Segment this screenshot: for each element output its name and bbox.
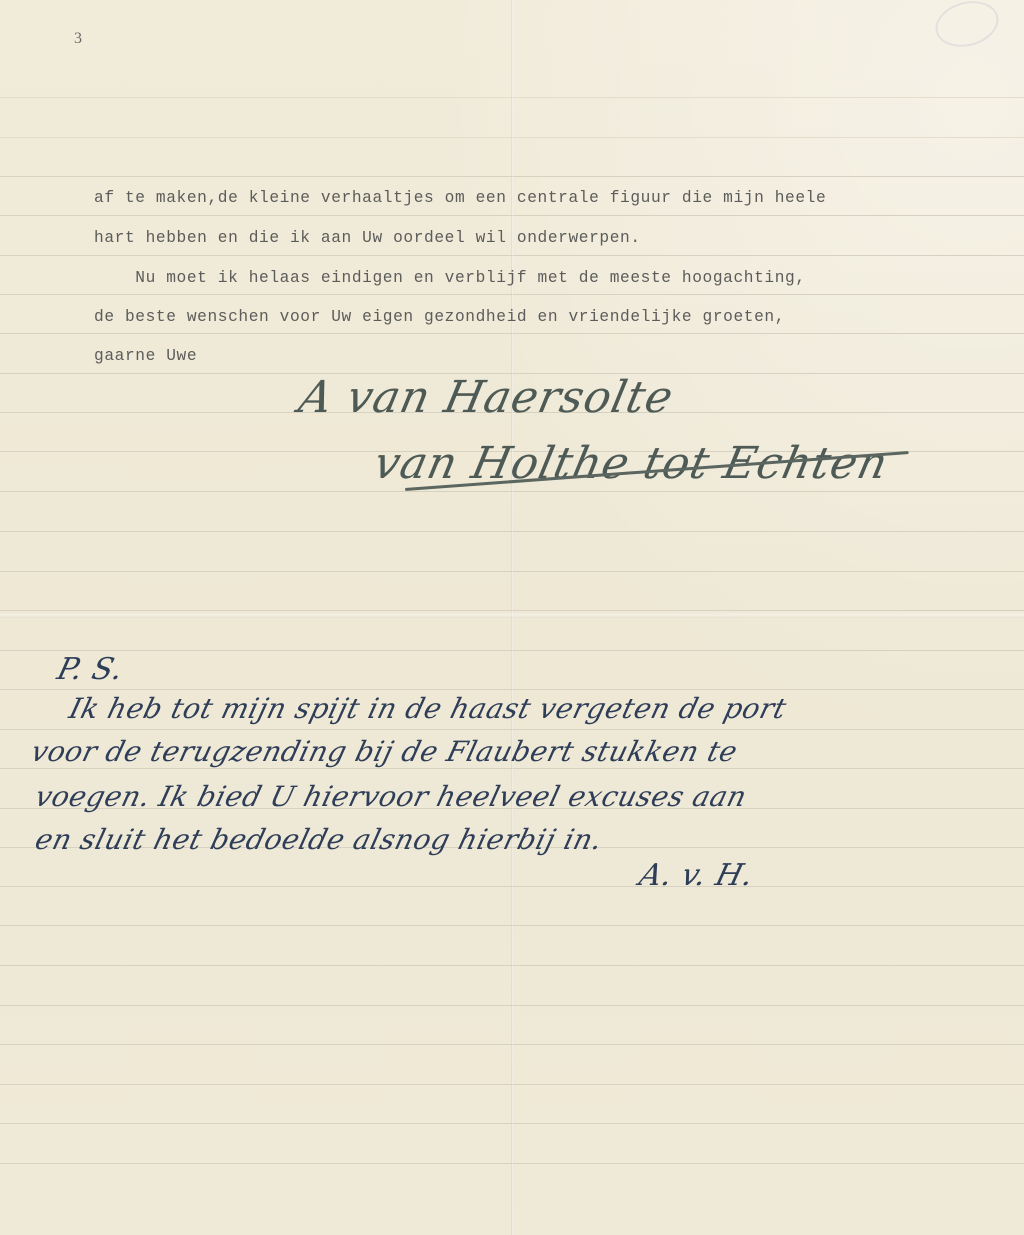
page-number: 3 [74,30,82,48]
postscript-initials: A. v. H. [636,858,758,893]
postscript-line: voegen. Ik bied U hiervoor heelveel excu… [32,780,750,813]
postscript-line: en sluit het bedoelde alsnog hierbij in. [32,823,606,856]
letter-page: 3 af te maken,de kleine verhaaltjes om e… [0,0,1024,1235]
typed-line: hart hebben en die ik aan Uw oordeel wil… [94,228,641,248]
signature-line-1: A van Haersolte [295,372,679,423]
postscript-line: Ik heb tot mijn spijt in de haast verget… [66,692,790,725]
postscript-line: voor de terugzending bij de Flaubert stu… [28,735,741,768]
typed-closing: gaarne Uwe [94,346,197,366]
faded-stamp-mark [930,0,1003,54]
typed-line: Nu moet ik helaas eindigen en verblijf m… [94,268,806,288]
typed-line: de beste wenschen voor Uw eigen gezondhe… [94,307,785,327]
typed-line: af te maken,de kleine verhaaltjes om een… [94,188,826,208]
signature-line-2: van Holthe tot Echten [370,438,893,489]
horizontal-fold-crease [0,612,1024,618]
postscript-label: P. S. [54,652,127,687]
